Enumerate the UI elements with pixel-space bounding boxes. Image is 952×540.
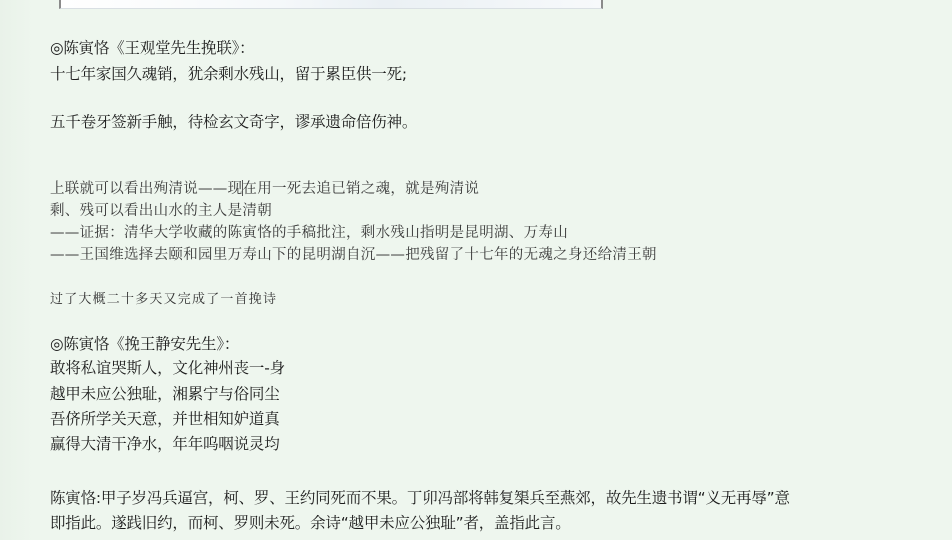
poem-line-4: 赢得大清干净水，年年呜咽说灵均 [50, 432, 280, 454]
section1-heading: ◎陈寅恪《王观堂先生挽联》： [50, 36, 254, 58]
commentary-line-1-part-a: 上联就可以看出殉清说——现 [50, 181, 242, 197]
note-line-1: 陈寅恪:甲子岁冯兵逼宫，柯、罗、王约同死而不果。丁卯冯部将韩复榘兵至燕郊，故先生… [50, 486, 790, 508]
commentary-line-1-part-b: 在用一死去追已销之魂，就是殉清说 [242, 181, 479, 197]
commentary-line-1: 上联就可以看出殉清说——现在用一死去追已销之魂，就是殉清说 [50, 177, 479, 198]
couplet-line-1: 十七年家国久魂销，犹余剩水残山，留于累臣供一死; [50, 62, 407, 84]
section2-heading: ◎陈寅恪《挽王静安先生》： [50, 332, 239, 354]
poem-line-2: 越甲未应公独耻，湘累宁与俗同尘 [50, 382, 280, 404]
transition-text: 过了大概二十多天又完成了一首挽诗 [50, 288, 277, 307]
commentary-line-3: ——证据：清华大学收藏的陈寅恪的手稿批注，剩水残山指明是昆明湖、万寿山 [50, 221, 568, 242]
commentary-line-2: 剩、残可以看出山水的主人是清朝 [50, 199, 272, 220]
poem-line-1: 敢将私谊哭斯人，文化神州丧一-身 [50, 356, 285, 378]
couplet-line-2: 五千卷牙签新手触，待检玄文奇字，谬承遗命倍伤神。 [50, 110, 417, 132]
note-line-2: 即指此。遂践旧约，而柯、罗则未死。余诗“越甲未应公独耻”者，盖指此言。 [50, 511, 571, 533]
poem-line-3: 吾侪所学关天意，并世相知妒道真 [50, 407, 280, 429]
commentary-line-4: ——王国维选择去颐和园里万寿山下的昆明湖自沉——把残留了十七年的无魂之身还给清王… [50, 243, 657, 264]
embedded-image-bottom-edge [59, 0, 603, 9]
page-margin [0, 0, 34, 540]
